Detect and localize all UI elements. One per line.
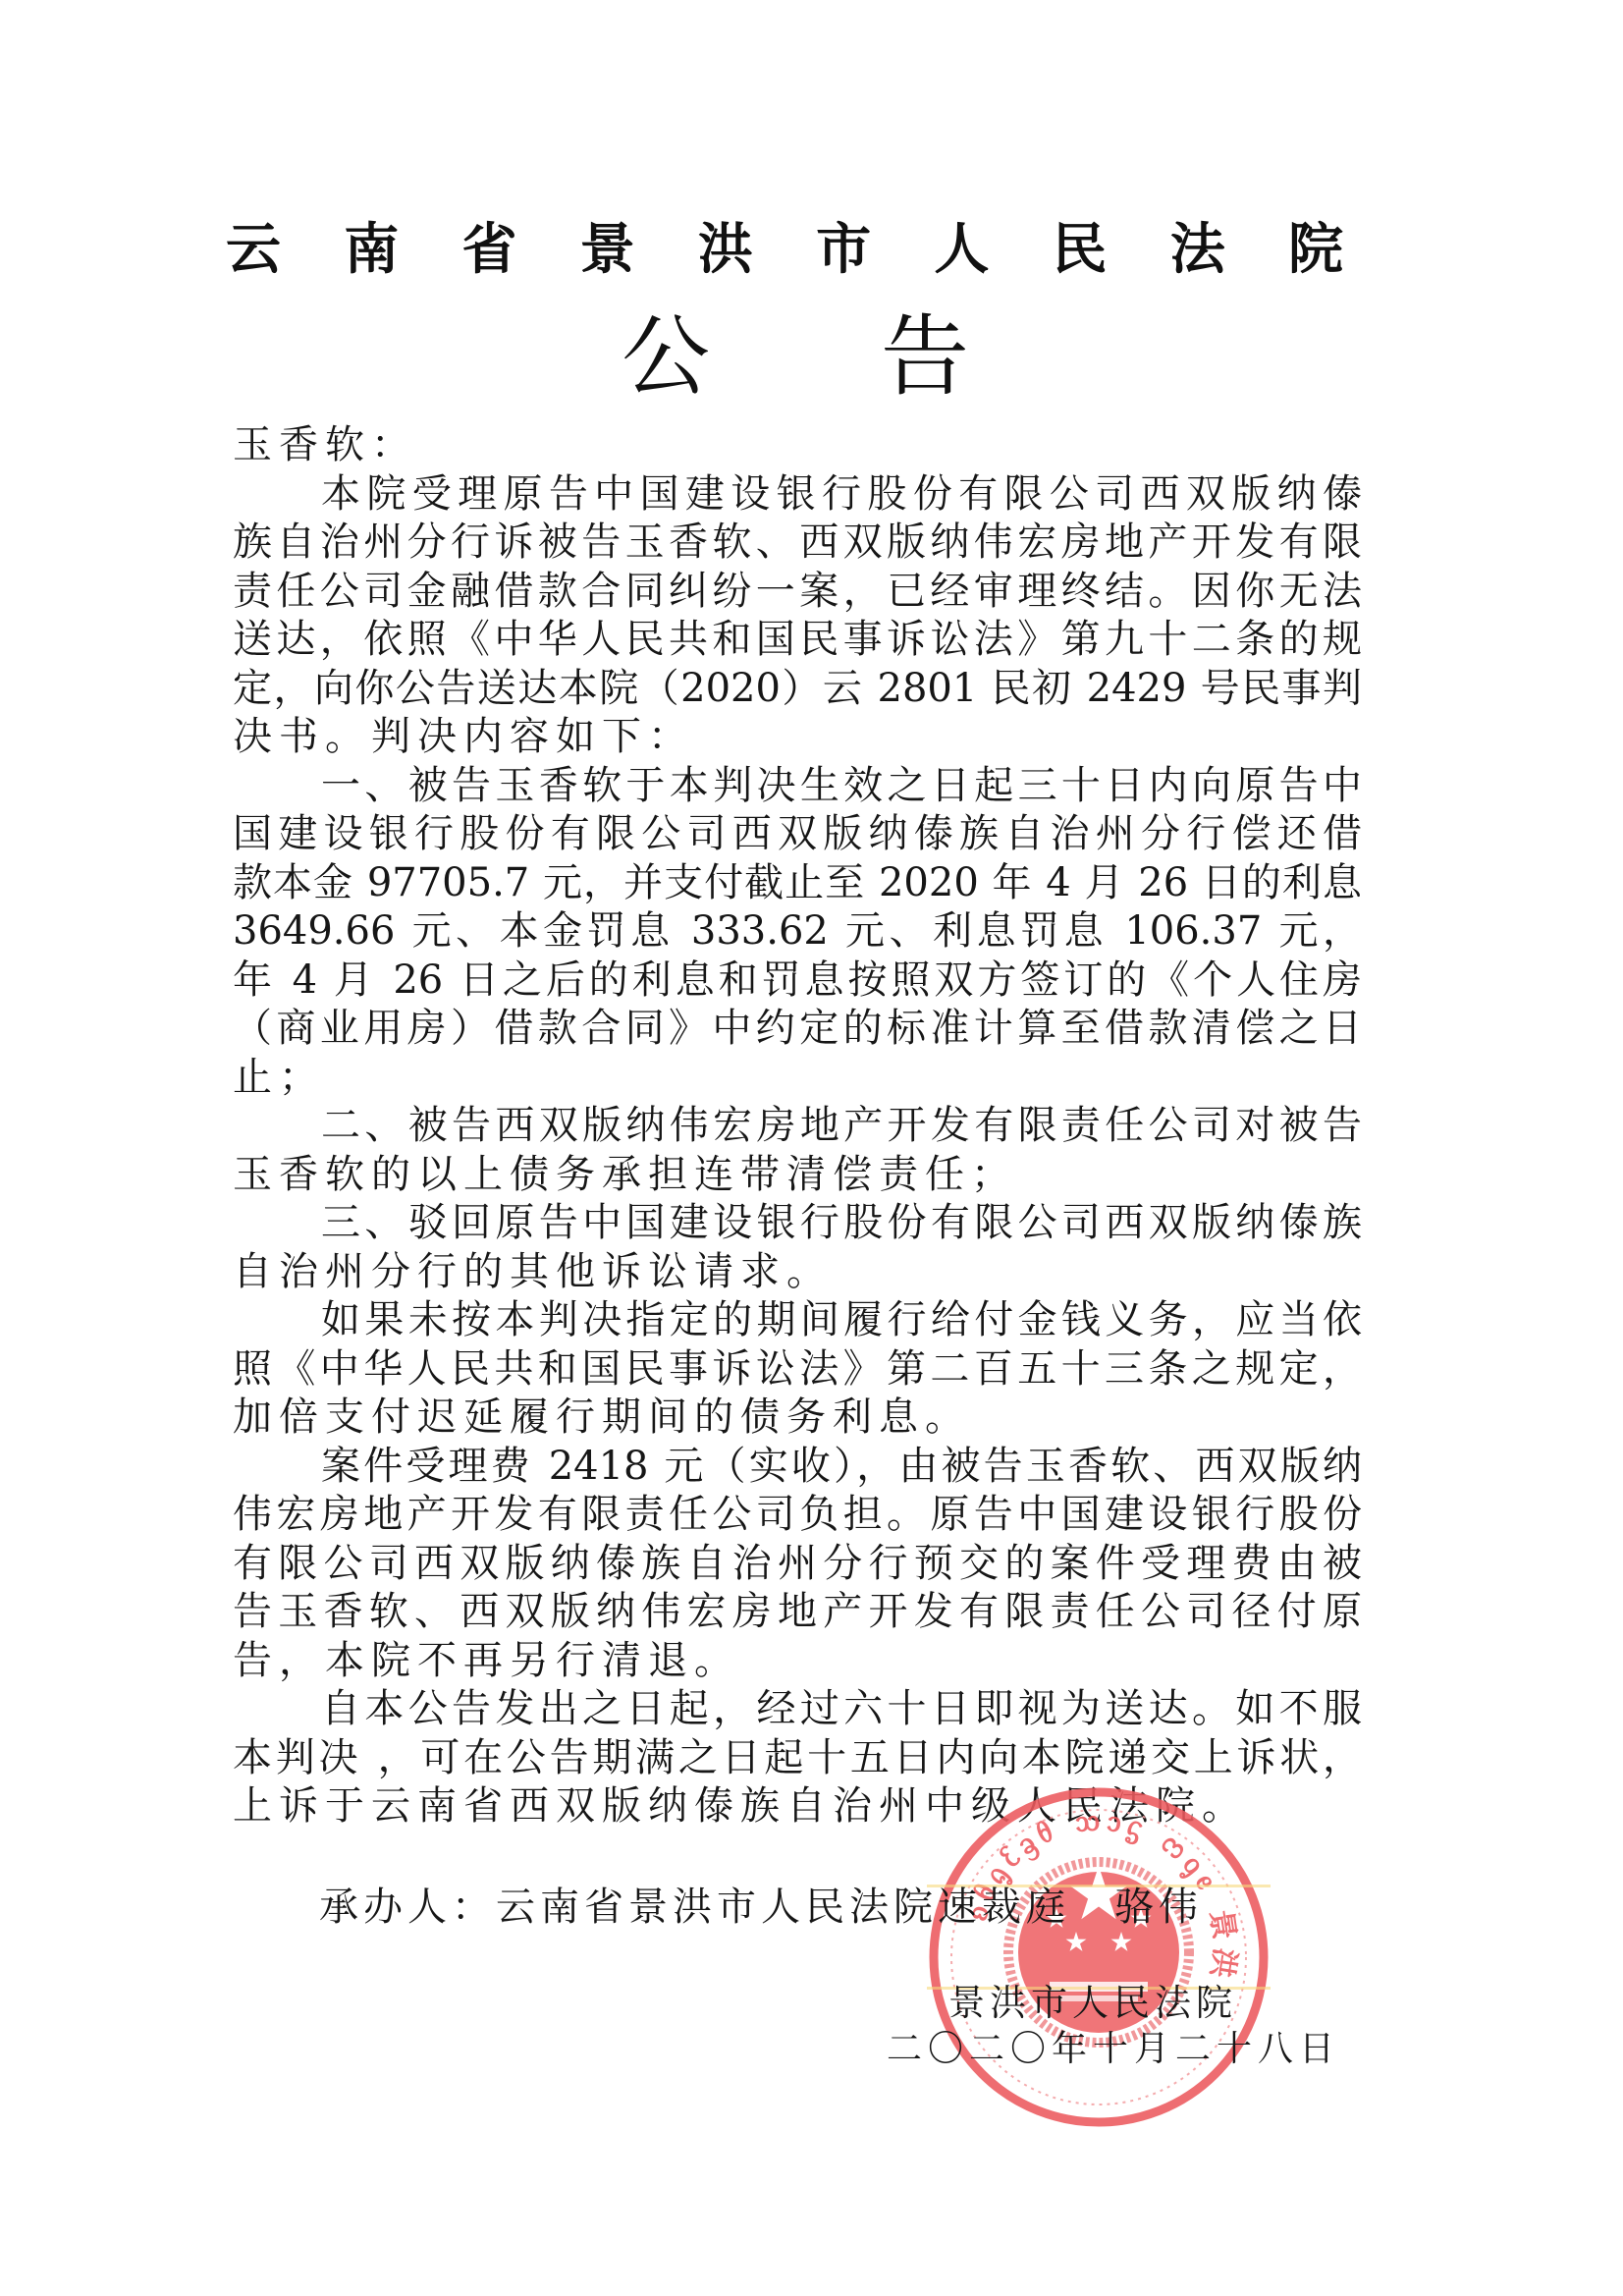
body-text-line: 3649.66 元、本金罚息 333.62 元、利息罚息 106.37 元，20… bbox=[233, 907, 1362, 955]
court-title: 云 南 省 景 洪 市 人 民 法 院 bbox=[226, 216, 1347, 285]
body-text-line: 玉香软： bbox=[233, 421, 1362, 468]
body-text-line: 年 4 月 26 日之后的利息和罚息按照双方签订的《个人住房 bbox=[233, 957, 1362, 1004]
body-text-line: 定，向你公告送达本院（2020）云 2801 民初 2429 号民事判 bbox=[233, 665, 1362, 712]
court-seal-stamp: ᦈᦲᧂᦷᦃᦲ ᦉᦱᧃ ᦂᧁᧉ 景洪市人民法 bbox=[927, 1785, 1271, 2129]
body-text-line: 照《中华人民共和国民事诉讼法》第二百五十三条之规定， bbox=[233, 1345, 1362, 1393]
body-text-line: 玉香软的以上债务承担连带清偿责任； bbox=[233, 1151, 1362, 1198]
body-text-line: 告玉香软、西双版纳伟宏房地产开发有限责任公司径付原 bbox=[233, 1588, 1362, 1635]
body-text-line: 送达，依照《中华人民共和国民事诉讼法》第九十二条的规 bbox=[233, 616, 1362, 663]
body-text-line: 案件受理费 2418 元（实收），由被告玉香软、西双版纳 bbox=[233, 1443, 1362, 1490]
body-text-line: 止； bbox=[233, 1054, 1362, 1101]
body-text-line: 上诉于云南省西双版纳傣族自治州中级人民法院。 bbox=[233, 1782, 1362, 1830]
body-text-line: 如果未按本判决指定的期间履行给付金钱义务，应当依 bbox=[233, 1296, 1362, 1343]
court-title-char: 民 bbox=[1053, 216, 1111, 285]
body-text-line: （商业用房）借款合同》中约定的标准计算至借款清偿之日 bbox=[233, 1005, 1362, 1052]
court-title-char: 洪 bbox=[698, 216, 757, 285]
body-text-line: 责任公司金融借款合同纠纷一案，已经审理终结。因你无法 bbox=[233, 568, 1362, 615]
court-title-char: 云 bbox=[226, 216, 285, 285]
notice-title-char: 公 bbox=[619, 306, 713, 409]
body-text-line: 款本金 97705.7 元，并支付截止至 2020 年 4 月 26 日的利息 bbox=[233, 859, 1362, 906]
court-title-char: 南 bbox=[344, 216, 403, 285]
body-text-line: 自治州分行的其他诉讼请求。 bbox=[233, 1248, 1362, 1295]
body-text-line: 加倍支付迟延履行期间的债务利息。 bbox=[233, 1394, 1362, 1441]
court-title-char: 省 bbox=[461, 216, 520, 285]
court-title-char: 景 bbox=[580, 216, 639, 285]
body-text-line: 有限公司西双版纳傣族自治州分行预交的案件受理费由被 bbox=[233, 1540, 1362, 1587]
notice-title: 公 告 bbox=[619, 306, 972, 409]
body-text-line: 三、驳回原告中国建设银行股份有限公司西双版纳傣族 bbox=[233, 1199, 1362, 1246]
case-handler: 承办人：云南省景洪市人民法院速裁庭 骆伟 bbox=[319, 1884, 1203, 1931]
court-title-char: 法 bbox=[1170, 216, 1229, 285]
notice-title-char: 告 bbox=[878, 306, 972, 409]
court-title-char: 市 bbox=[816, 216, 875, 285]
body-text-line: 二、被告西双版纳伟宏房地产开发有限责任公司对被告 bbox=[233, 1102, 1362, 1149]
signature-court-name: 景洪市人民法院 bbox=[948, 1980, 1237, 2027]
document-page: 云 南 省 景 洪 市 人 民 法 院 公 告 玉香软：本院受理原告中国建设银行… bbox=[0, 0, 1623, 2296]
body-text-line: 决书。判决内容如下： bbox=[233, 713, 1362, 760]
body-text-line: 本院受理原告中国建设银行股份有限公司西双版纳傣 bbox=[233, 470, 1362, 518]
body-text-line: 本判决 ，可在公告期满之日起十五日内向本院递交上诉状， bbox=[233, 1734, 1362, 1781]
body-text-line: 伟宏房地产开发有限责任公司负担。原告中国建设银行股份 bbox=[233, 1491, 1362, 1538]
body-text-line: 一、被告玉香软于本判决生效之日起三十日内向原告中 bbox=[233, 762, 1362, 809]
body-text-line: 族自治州分行诉被告玉香软、西双版纳伟宏房地产开发有限 bbox=[233, 519, 1362, 566]
body-text-line: 国建设银行股份有限公司西双版纳傣族自治州分行偿还借 bbox=[233, 810, 1362, 857]
court-title-char: 人 bbox=[934, 216, 993, 285]
court-title-char: 院 bbox=[1288, 216, 1347, 285]
body-text-line: 告，本院不再另行清退。 bbox=[233, 1637, 1362, 1684]
body-text-line: 自本公告发出之日起，经过六十日即视为送达。如不服 bbox=[233, 1685, 1362, 1732]
signature-date: 二〇二〇年十月二十八日 bbox=[887, 2026, 1340, 2073]
